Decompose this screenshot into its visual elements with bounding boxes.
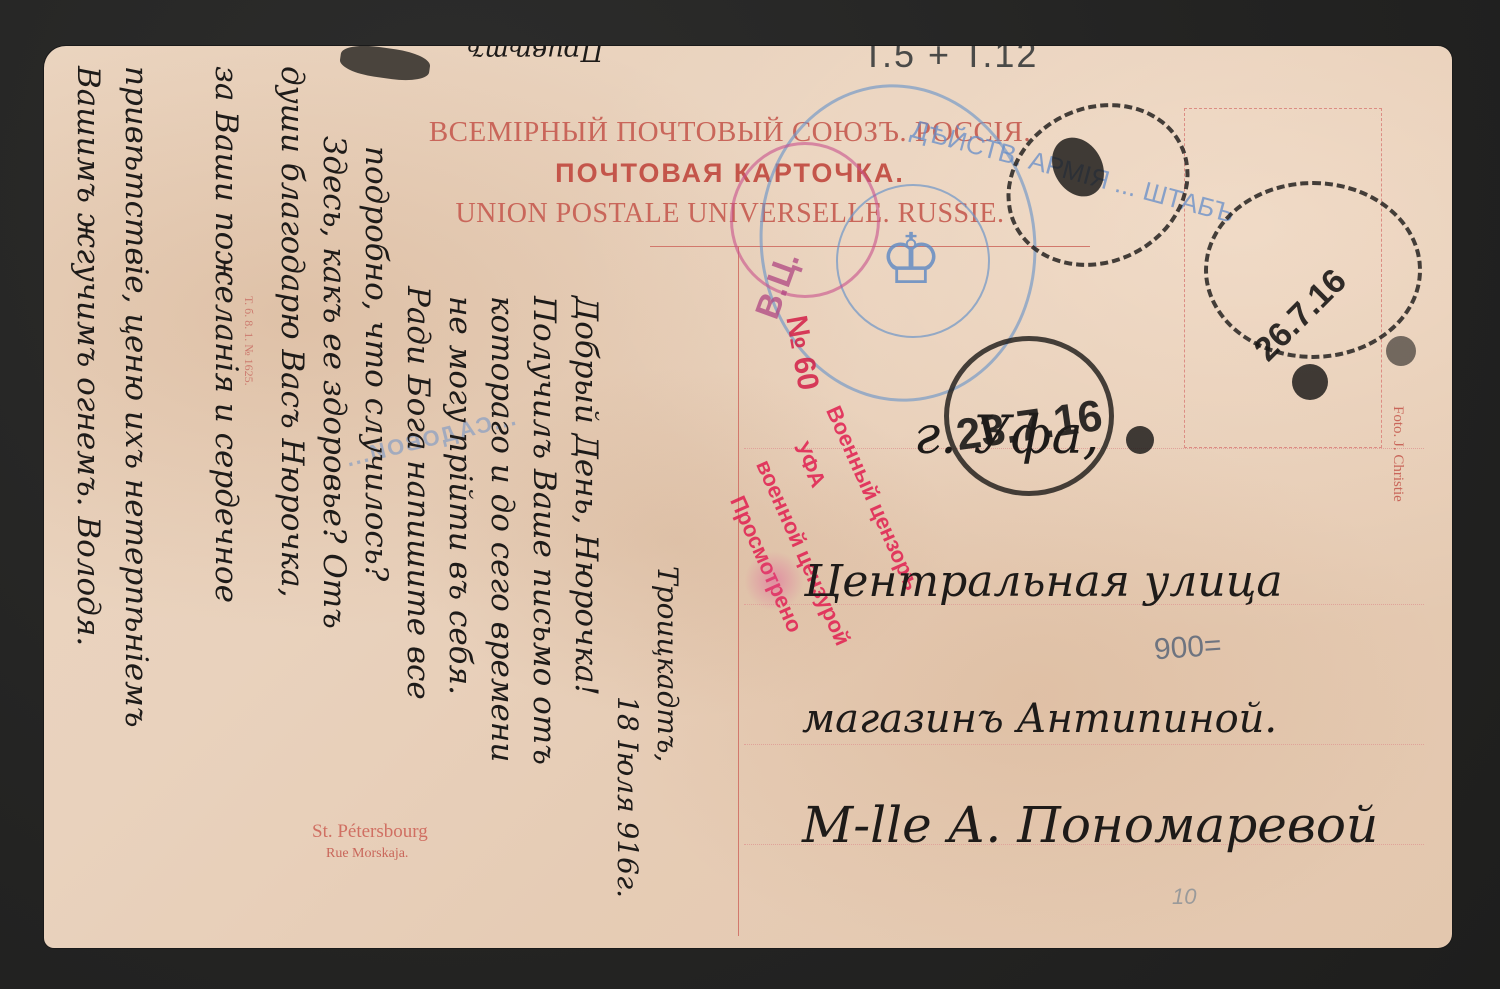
message-line: души благодарю Васъ Нюрочка, <box>274 66 310 598</box>
address-shop: магазинъ Антипиной. <box>802 696 1277 742</box>
postcard: ВСЕМIРНЫЙ ПОЧТОВЫЙ СОЮЗЪ. РОССIЯ. ПОЧТОВ… <box>44 46 1452 948</box>
message-line: Получилъ Ваше письмо отъ <box>526 296 562 765</box>
printed-divider-vertical <box>738 246 739 936</box>
message-line: не могу прiйти въ себя. <box>442 296 478 695</box>
double-headed-eagle-icon: ♔ <box>866 216 956 306</box>
message-place: Троицкадтъ, <box>651 566 684 762</box>
message-line: подробно, что случилось? <box>358 146 394 581</box>
pencil-price-note: 900= <box>1153 629 1223 668</box>
postmark-ring <box>1204 181 1422 359</box>
message-line: привѣтствiе, ценю ихъ нетерпѣнiемъ <box>118 66 154 728</box>
message-line: Здесь, какъ ее здоровье? Отъ <box>316 136 352 629</box>
message-date: 18 Iюля 916г. <box>611 696 644 898</box>
photo-credit: Foto. J. Christie <box>1389 406 1406 502</box>
ink-blot <box>744 551 804 611</box>
message-line: за Ваши пожеланiя и сердечное <box>208 66 244 603</box>
address-recipient: М-lle А. Пономаревой <box>802 796 1378 854</box>
message-line: Ради Бога напишите все <box>400 286 436 700</box>
censor-stamp-line: УФА <box>788 438 831 491</box>
pencil-reference-note: T.5 + T.12 <box>862 46 1038 76</box>
message-line: Добрый День, Нюрочка! <box>568 296 604 696</box>
postmark-blot <box>1292 364 1328 400</box>
address-street: Центральная улица <box>804 556 1283 607</box>
message-line: Вашимъ жгучимъ огнемъ. Володя. <box>70 66 106 646</box>
top-margin-note: Привѣтъ ... <box>434 46 603 66</box>
ink-smudge <box>338 46 431 84</box>
caption-city: St. Pétersbourg <box>312 821 428 843</box>
caption-street: Rue Morskaja. <box>326 846 408 862</box>
postmark-blot <box>1386 336 1416 366</box>
pencil-number-note: 10 <box>1172 884 1196 910</box>
address-line <box>744 744 1424 745</box>
magenta-stamp-ring <box>730 142 880 298</box>
address-city: г. Уфа, <box>914 406 1099 466</box>
message-line: котораго и до сего времени <box>484 296 520 762</box>
postmark-blot <box>1126 426 1154 454</box>
